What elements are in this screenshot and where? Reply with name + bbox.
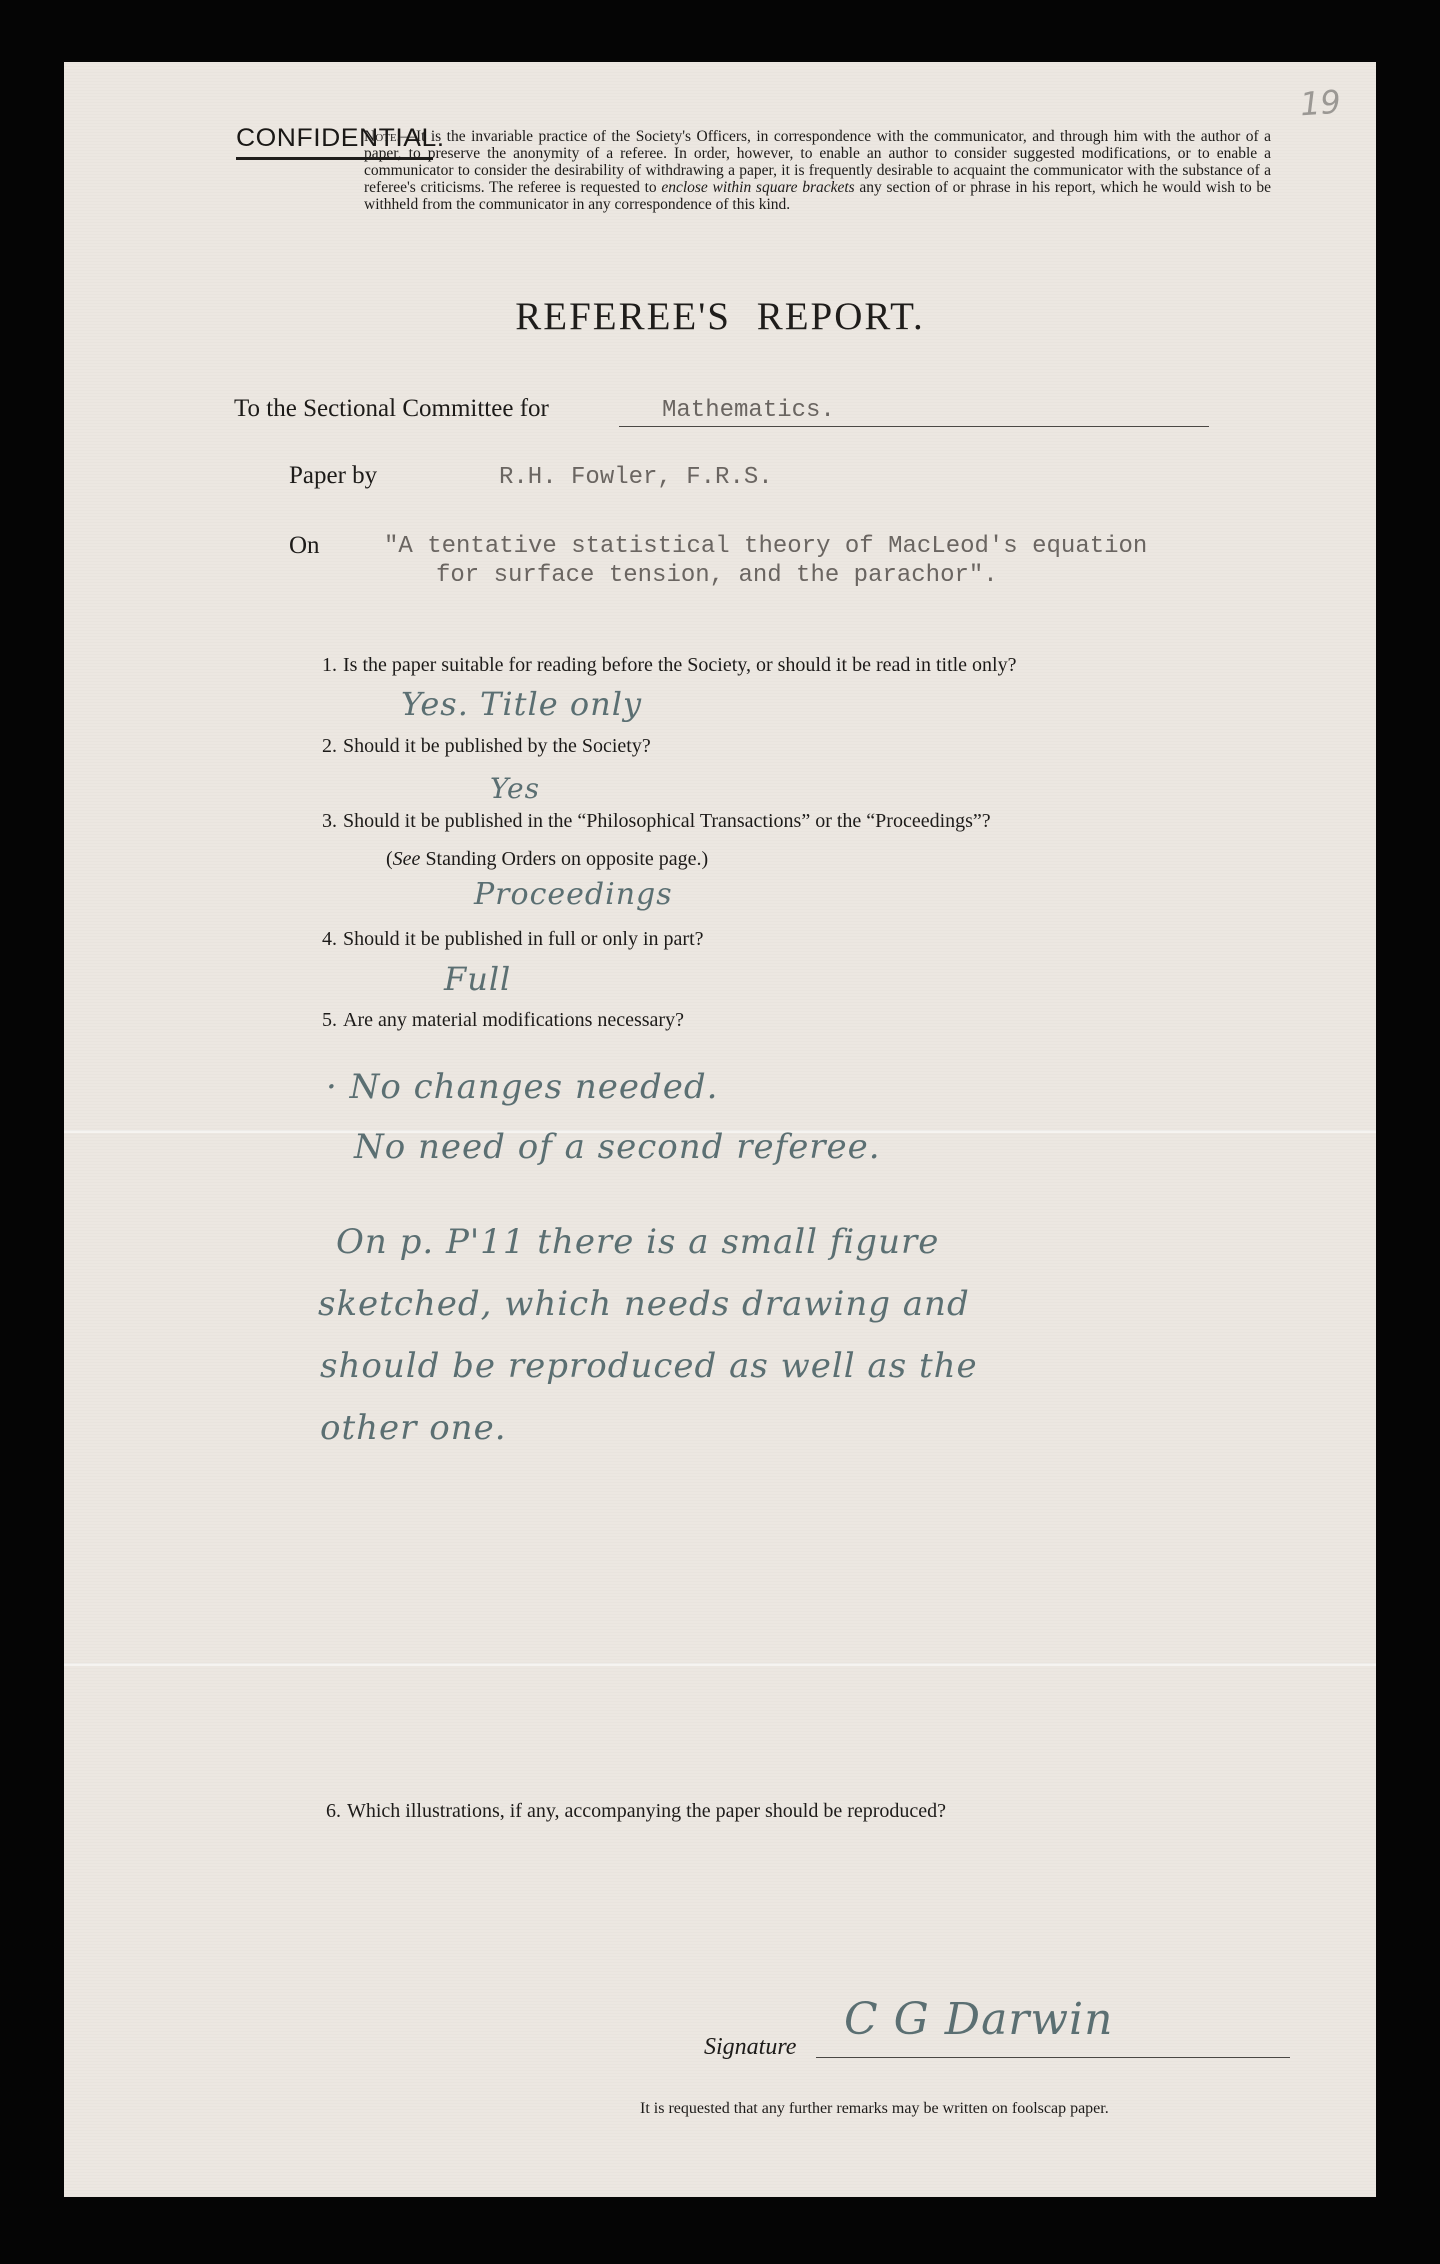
page-number: 19	[1299, 83, 1342, 124]
committee-value: Mathematics.	[662, 397, 835, 424]
answer-1: Yes. Title only	[401, 685, 642, 723]
paper-title-line-1: "A tentative statistical theory of MacLe…	[384, 532, 1147, 561]
question-3-subnote: (See Standing Orders on opposite page.)	[386, 848, 708, 871]
answer-4: Full	[444, 960, 511, 998]
answer-3: Proceedings	[474, 877, 673, 912]
note-italic: enclose within square brackets	[661, 179, 854, 196]
answer-5-line-4: sketched, which needs drawing and	[318, 1284, 970, 1324]
question-6-text: Which illustrations, if any, accompanyin…	[347, 1800, 946, 1822]
question-1-text: Is the paper suitable for reading before…	[343, 654, 1017, 676]
question-6: 6.Which illustrations, if any, accompany…	[326, 1800, 946, 1823]
confidentiality-note: Note.—It is the invariable practice of t…	[364, 128, 1271, 213]
paper-fold-line	[64, 1663, 1376, 1666]
committee-label: To the Sectional Committee for	[234, 395, 549, 423]
question-3-text: Should it be published in the “Philosoph…	[343, 810, 991, 832]
paper-title: "A tentative statistical theory of MacLe…	[384, 532, 1147, 590]
signature-label: Signature	[704, 2034, 796, 2061]
question-2: 2.Should it be published by the Society?	[322, 735, 651, 758]
note-label: Note.	[364, 128, 400, 145]
answer-5-line-6: other one.	[320, 1408, 507, 1448]
page-title: REFEREE'S REPORT.	[64, 294, 1376, 339]
answer-5-line-2: No need of a second referee.	[354, 1127, 881, 1167]
signature-value: C G Darwin	[844, 1994, 1113, 2045]
question-2-text: Should it be published by the Society?	[343, 735, 651, 757]
question-1: 1.Is the paper suitable for reading befo…	[322, 654, 1017, 677]
committee-underline	[619, 426, 1209, 427]
paper-author: R.H. Fowler, F.R.S.	[499, 464, 773, 491]
question-4: 4.Should it be published in full or only…	[322, 928, 704, 951]
question-3: 3.Should it be published in the “Philoso…	[322, 810, 991, 833]
answer-2: Yes	[490, 772, 540, 805]
paper-title-line-2: for surface tension, and the parachor".	[384, 561, 1147, 590]
answer-5-line-5: should be reproduced as well as the	[320, 1346, 978, 1386]
signature-line	[816, 2057, 1290, 2058]
paper-on-label: On	[289, 532, 320, 560]
question-5: 5.Are any material modifications necessa…	[322, 1009, 684, 1032]
answer-5-line-3: On p. P'11 there is a small figure	[336, 1222, 939, 1262]
referee-report-page: 19 CONFIDENTIAL. Note.—It is the invaria…	[64, 62, 1376, 2197]
paper-by-label: Paper by	[289, 462, 377, 490]
question-5-text: Are any material modifications necessary…	[343, 1009, 684, 1031]
answer-5-line-1: · No changes needed.	[326, 1067, 719, 1107]
question-4-text: Should it be published in full or only i…	[343, 928, 704, 950]
footer-note: It is requested that any further remarks…	[640, 2100, 1109, 2118]
